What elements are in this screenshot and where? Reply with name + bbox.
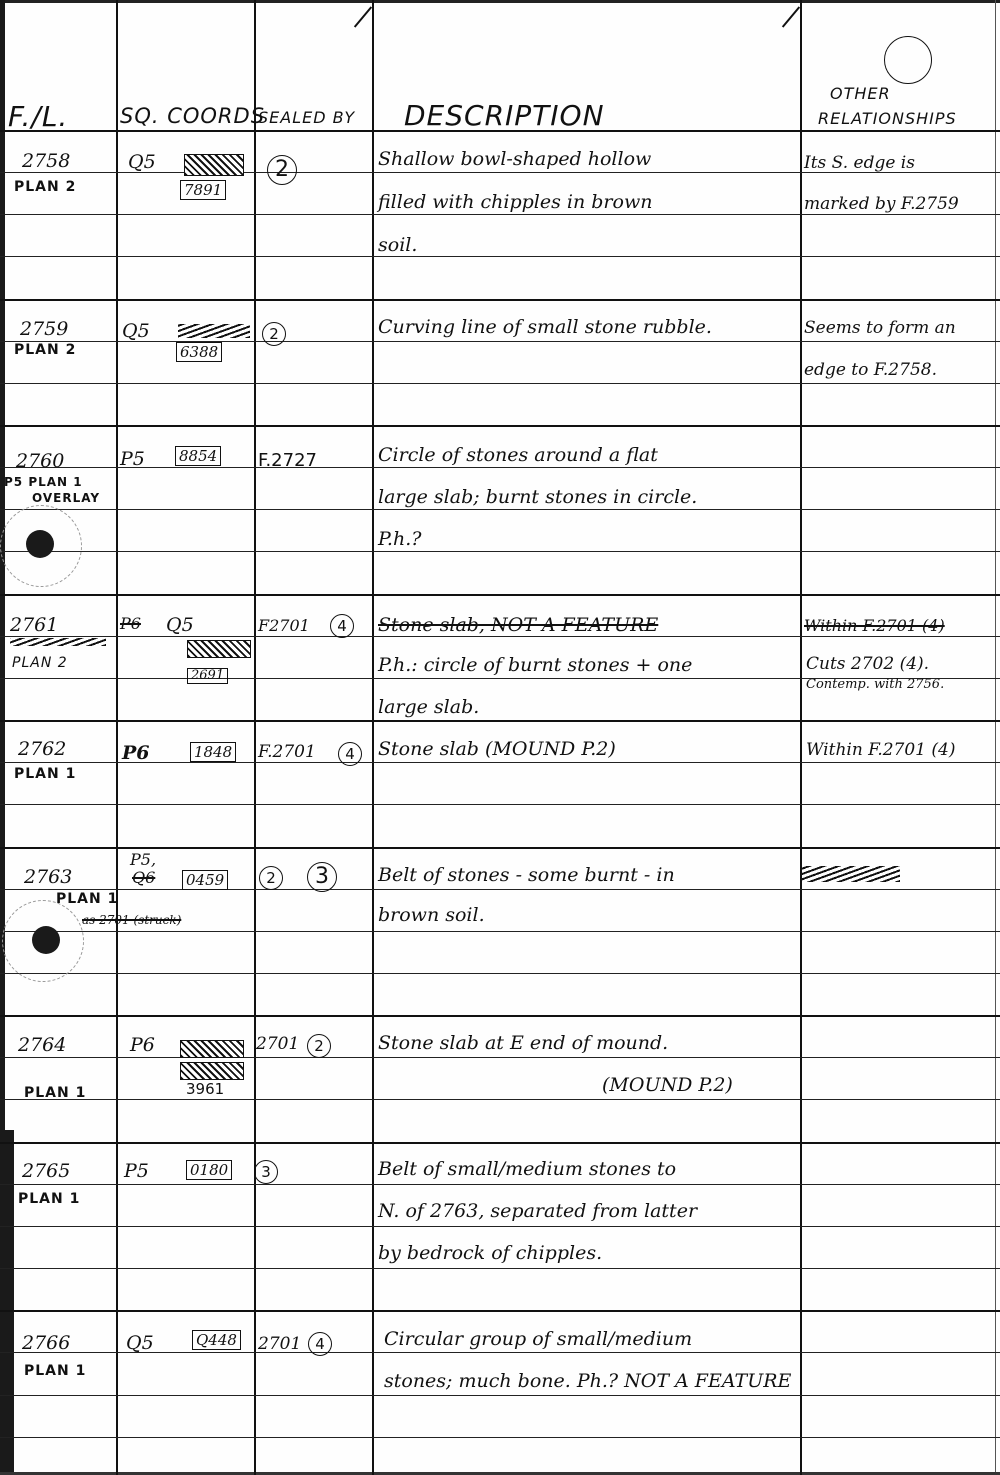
sealed-by-text: F.2701 bbox=[258, 744, 316, 761]
header-sealed-by: SEALED BY bbox=[258, 110, 355, 126]
crossed-out-coord bbox=[178, 324, 250, 338]
description-line: filled with chipples in brown bbox=[378, 193, 652, 212]
plan-label: P5 PLAN 1 bbox=[4, 476, 83, 488]
square-code: Q5 bbox=[128, 153, 156, 172]
coord-box: 7891 bbox=[180, 180, 226, 200]
column-rule-3 bbox=[372, 0, 374, 1475]
plan-label: PLAN 2 bbox=[14, 180, 76, 194]
punch-hole bbox=[32, 926, 60, 954]
feature-number: 2766 bbox=[22, 1334, 70, 1353]
feature-number: 2762 bbox=[18, 740, 66, 759]
sealed-by-circle: 2 bbox=[259, 866, 283, 890]
crossed-out-coord bbox=[180, 1040, 244, 1058]
description-line: (MOUND P.2) bbox=[602, 1076, 733, 1095]
sealed-by-circle: 4 bbox=[338, 742, 362, 766]
ruled-line bbox=[0, 299, 1000, 301]
ruled-line bbox=[0, 1015, 1000, 1017]
sealed-by-circle: 2 bbox=[262, 322, 286, 346]
sealed-by-circle: 2 bbox=[307, 1034, 331, 1058]
crossed-out-coord bbox=[184, 154, 244, 176]
ruled-line bbox=[0, 509, 1000, 510]
square-code: P6 bbox=[130, 1036, 155, 1055]
ruled-line bbox=[0, 594, 1000, 596]
description-line: Circle of stones around a flat bbox=[378, 446, 658, 465]
column-rule-1 bbox=[116, 0, 118, 1475]
square-code: Q5 bbox=[166, 616, 194, 635]
punch-hole bbox=[26, 530, 54, 558]
square-code: Q5 bbox=[122, 322, 150, 341]
ruled-line bbox=[0, 425, 1000, 427]
crossed-out-plan bbox=[10, 638, 106, 646]
relationship-line: Cuts 2702 (4). bbox=[806, 656, 929, 673]
coord-value: 3961 bbox=[186, 1082, 224, 1097]
ruled-line bbox=[0, 1142, 1000, 1144]
sealed-by-text: 2701 bbox=[258, 1336, 301, 1353]
feature-number: 2760 bbox=[16, 452, 64, 471]
crossed-out-coord bbox=[187, 640, 251, 658]
header-sq-coords: SQ. COORDS bbox=[120, 106, 265, 127]
square-code: P5 bbox=[124, 1162, 149, 1181]
plan-label: PLAN 1 bbox=[56, 892, 118, 906]
description-line: Circular group of small/medium bbox=[384, 1330, 692, 1349]
crossed-out-relationship bbox=[802, 866, 900, 882]
feature-number: 2763 bbox=[24, 868, 72, 887]
description-line: soil. bbox=[378, 236, 417, 255]
description-line: large slab. bbox=[378, 698, 479, 717]
ruled-line bbox=[0, 256, 1000, 257]
plan-label: PLAN 2 bbox=[12, 656, 68, 670]
feature-number: 2765 bbox=[22, 1162, 70, 1181]
ruled-line bbox=[0, 214, 1000, 215]
column-rule-2 bbox=[254, 0, 256, 1475]
relationship-line: Its S. edge is bbox=[804, 155, 915, 172]
header-fl: F./L. bbox=[8, 103, 68, 131]
feature-number: 2764 bbox=[18, 1036, 66, 1055]
plan-note: OVERLAY bbox=[32, 492, 100, 504]
square-code: Q5 bbox=[126, 1334, 154, 1353]
sealed-by-text: 2701 bbox=[256, 1036, 299, 1053]
feature-number: 2759 bbox=[20, 320, 68, 339]
plan-label: PLAN 1 bbox=[18, 1192, 80, 1206]
page-top-edge bbox=[0, 0, 1000, 3]
ruled-line bbox=[0, 1395, 1000, 1396]
ruled-line bbox=[0, 1099, 1000, 1100]
coord-box: 6388 bbox=[176, 342, 222, 362]
column-rule-4 bbox=[800, 0, 802, 1475]
crossed-out-square: Q6 bbox=[132, 870, 155, 886]
plan-note: as 2701 (struck) bbox=[82, 914, 181, 926]
relationship-line: Contemp. with 2756. bbox=[806, 678, 944, 691]
ruled-line bbox=[0, 847, 1000, 849]
ruled-line bbox=[0, 889, 1000, 890]
plan-label: PLAN 1 bbox=[14, 767, 76, 781]
ruled-line bbox=[0, 341, 1000, 342]
relationship-line: edge to F.2758. bbox=[804, 362, 937, 379]
ruled-line bbox=[0, 1226, 1000, 1227]
sealed-by-circle: 2 bbox=[267, 155, 297, 185]
crossed-out-relationship: Within F.2701 (4) bbox=[804, 618, 945, 634]
plan-label: PLAN 1 bbox=[24, 1364, 86, 1378]
ruled-line bbox=[0, 467, 1000, 468]
description-line: stones; much bone. Ph.? NOT A FEATURE bbox=[384, 1372, 791, 1391]
sealed-by-text: F2701 bbox=[258, 618, 310, 634]
ruled-line bbox=[0, 804, 1000, 805]
sealed-by-circle: 4 bbox=[308, 1332, 332, 1356]
sealed-by-circle: 3 bbox=[254, 1160, 278, 1184]
ruled-line bbox=[0, 931, 1000, 932]
ruled-line bbox=[0, 1268, 1000, 1269]
description-line: Stone slab at E end of mound. bbox=[378, 1034, 668, 1053]
header-description: DESCRIPTION bbox=[404, 102, 605, 130]
feature-number: 2761 bbox=[10, 616, 58, 635]
square-code: P5 bbox=[120, 450, 145, 469]
pen-tick-mark bbox=[354, 6, 372, 27]
crossed-out-square: P6 bbox=[120, 616, 141, 632]
crossed-out-description: Stone slab, NOT A FEATURE bbox=[378, 616, 658, 635]
sealed-by-text: F.2727 bbox=[258, 452, 317, 470]
ruled-line bbox=[0, 636, 1000, 637]
crossed-out-coord bbox=[180, 1062, 244, 1080]
coord-box: Q448 bbox=[192, 1330, 241, 1350]
description-line: Belt of small/medium stones to bbox=[378, 1160, 676, 1179]
square-code: P6 bbox=[122, 744, 150, 763]
ruled-line bbox=[0, 1184, 1000, 1185]
ruled-line bbox=[0, 383, 1000, 384]
relationship-line: marked by F.2759 bbox=[804, 196, 959, 213]
sealed-by-circle: 3 bbox=[307, 862, 337, 892]
ruled-line bbox=[0, 1437, 1000, 1438]
ruled-line bbox=[0, 1310, 1000, 1312]
description-line: brown soil. bbox=[378, 906, 485, 925]
page-right-edge bbox=[995, 0, 996, 1475]
coord-box: 2691 bbox=[187, 668, 228, 684]
relationship-line: Seems to form an bbox=[804, 320, 956, 337]
header-other: OTHER bbox=[830, 86, 891, 102]
square-code: P5, bbox=[130, 852, 156, 868]
coord-box: 1848 bbox=[190, 742, 236, 762]
plan-label: PLAN 2 bbox=[14, 343, 76, 357]
coord-box: 0180 bbox=[186, 1160, 232, 1180]
description-line: large slab; burnt stones in circle. bbox=[378, 488, 697, 507]
coord-box: 8854 bbox=[175, 446, 221, 466]
register-page: F./L. SQ. COORDS SEALED BY DESCRIPTION O… bbox=[0, 0, 1000, 1475]
description-line: Shallow bowl-shaped hollow bbox=[378, 150, 651, 169]
corner-circle-mark bbox=[884, 36, 932, 84]
coord-box: 0459 bbox=[182, 870, 228, 890]
description-line: P.h.? bbox=[378, 530, 421, 549]
feature-number: 2758 bbox=[22, 152, 70, 171]
ruled-line bbox=[0, 762, 1000, 763]
pen-tick-mark bbox=[782, 6, 800, 27]
description-line: Stone slab (MOUND P.2) bbox=[378, 740, 616, 759]
description-line: Belt of stones - some burnt - in bbox=[378, 866, 675, 885]
header-relationships: RELATIONSHIPS bbox=[818, 111, 957, 127]
plan-label: PLAN 1 bbox=[24, 1086, 86, 1100]
ruled-line bbox=[0, 973, 1000, 974]
ruled-line bbox=[0, 1057, 1000, 1058]
description-line: by bedrock of chipples. bbox=[378, 1244, 602, 1263]
relationship-line: Within F.2701 (4) bbox=[806, 742, 955, 759]
description-line: P.h.: circle of burnt stones + one bbox=[378, 656, 692, 675]
page-left-shadow bbox=[0, 1130, 14, 1475]
description-line: N. of 2763, separated from latter bbox=[378, 1202, 697, 1221]
sealed-by-circle: 4 bbox=[330, 614, 354, 638]
ruled-line bbox=[0, 720, 1000, 722]
ruled-line bbox=[0, 551, 1000, 552]
description-line: Curving line of small stone rubble. bbox=[378, 318, 712, 337]
